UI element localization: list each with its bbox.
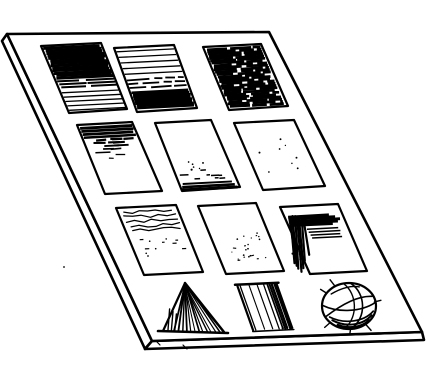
hatch-stroke [61,86,86,87]
speck [145,252,147,254]
hatch-stroke [86,79,114,80]
hatch-stroke [111,148,122,149]
hatch-stroke [227,96,249,97]
hatch-stroke [222,87,245,88]
speck [149,240,151,242]
speck [238,258,239,259]
hatch-stroke [217,74,234,75]
speck [299,251,301,253]
hatch-stroke [221,83,242,84]
speck [188,161,190,163]
hatch-stroke [239,50,254,51]
hatch-stroke [246,100,267,101]
speck [291,163,292,164]
speck [231,252,232,253]
hatch-stroke [246,61,262,62]
speck [193,166,195,168]
hatch-stroke [252,105,267,106]
ink-blob [282,327,284,329]
hatch-stroke [215,71,237,72]
hatch-stroke [263,72,271,73]
hatch-stroke [143,82,160,83]
speck [297,167,299,169]
hatch-stroke [57,80,79,81]
stray-speck [63,266,65,268]
speck [259,152,261,154]
speck [296,157,298,159]
hatch-stroke [123,138,133,139]
speck [248,256,250,258]
hatch-stroke [207,49,227,50]
sphere-tick [350,328,351,334]
speck [291,252,293,254]
speck [236,238,238,240]
hatch-stroke [236,64,253,65]
hatch-stroke [270,104,284,105]
speck [243,235,244,236]
speck [155,248,157,250]
hatch-stroke [128,83,138,84]
hatch-stroke [209,55,242,57]
speck-dash [251,255,254,256]
hatch-stroke [230,105,250,106]
hatch-stroke [227,99,247,100]
hatch-stroke [244,52,263,53]
hatch-stroke [88,82,116,83]
speck [199,168,200,169]
hatch-stroke [224,90,242,91]
hatch-stroke [221,85,234,86]
hatch-stroke [214,69,237,70]
hatch-stroke [260,88,278,89]
hatch-stroke [210,60,236,61]
speck [245,249,247,251]
ink-blob [291,327,293,329]
speck [251,237,252,238]
hatch-stroke [246,65,268,66]
speck-dash [265,257,266,258]
hatch-stroke [91,85,117,86]
hatch-stroke [130,87,147,88]
speck [243,254,245,256]
page [0,0,430,382]
speck [247,248,249,250]
speck [268,171,270,173]
hatch-stroke [229,101,243,102]
speck [299,258,301,260]
speck [192,163,194,165]
hatch-stroke [251,77,270,78]
hatch-stroke [230,47,251,48]
shading-samples-board-illustration [0,0,430,382]
speck [191,169,193,171]
hatch-stroke [59,83,86,84]
hatch-stroke [96,140,106,141]
hatch-stroke [243,90,275,92]
hatch-stroke [237,58,265,59]
hatch-stroke [214,66,242,67]
hatch-stroke [258,79,270,80]
hatch-stroke [257,63,267,64]
speck [296,254,298,256]
speck [279,148,281,150]
hatch-stroke [247,82,263,83]
speck [147,255,149,257]
hatch-stroke [251,93,270,94]
hatch-stroke [104,145,119,146]
speck-dash [256,235,257,236]
hatch-stroke [269,99,282,100]
speck [247,244,249,246]
speck [285,145,286,146]
speck [259,239,261,241]
hatch-stroke [224,94,246,95]
speck [280,138,282,140]
hatch-stroke [95,152,110,153]
speck [258,236,259,237]
speck [250,255,252,257]
hatch-stroke [245,54,264,55]
hatch-stroke [228,103,250,104]
hatch-stroke [253,102,276,103]
hatch-stroke [255,70,270,71]
speck [202,162,204,164]
hatch-stroke [209,58,233,59]
speck [299,253,301,255]
speck [165,238,167,240]
hatch-stroke [245,75,265,76]
hatch-stroke [224,92,241,93]
hatch-stroke [174,85,187,86]
